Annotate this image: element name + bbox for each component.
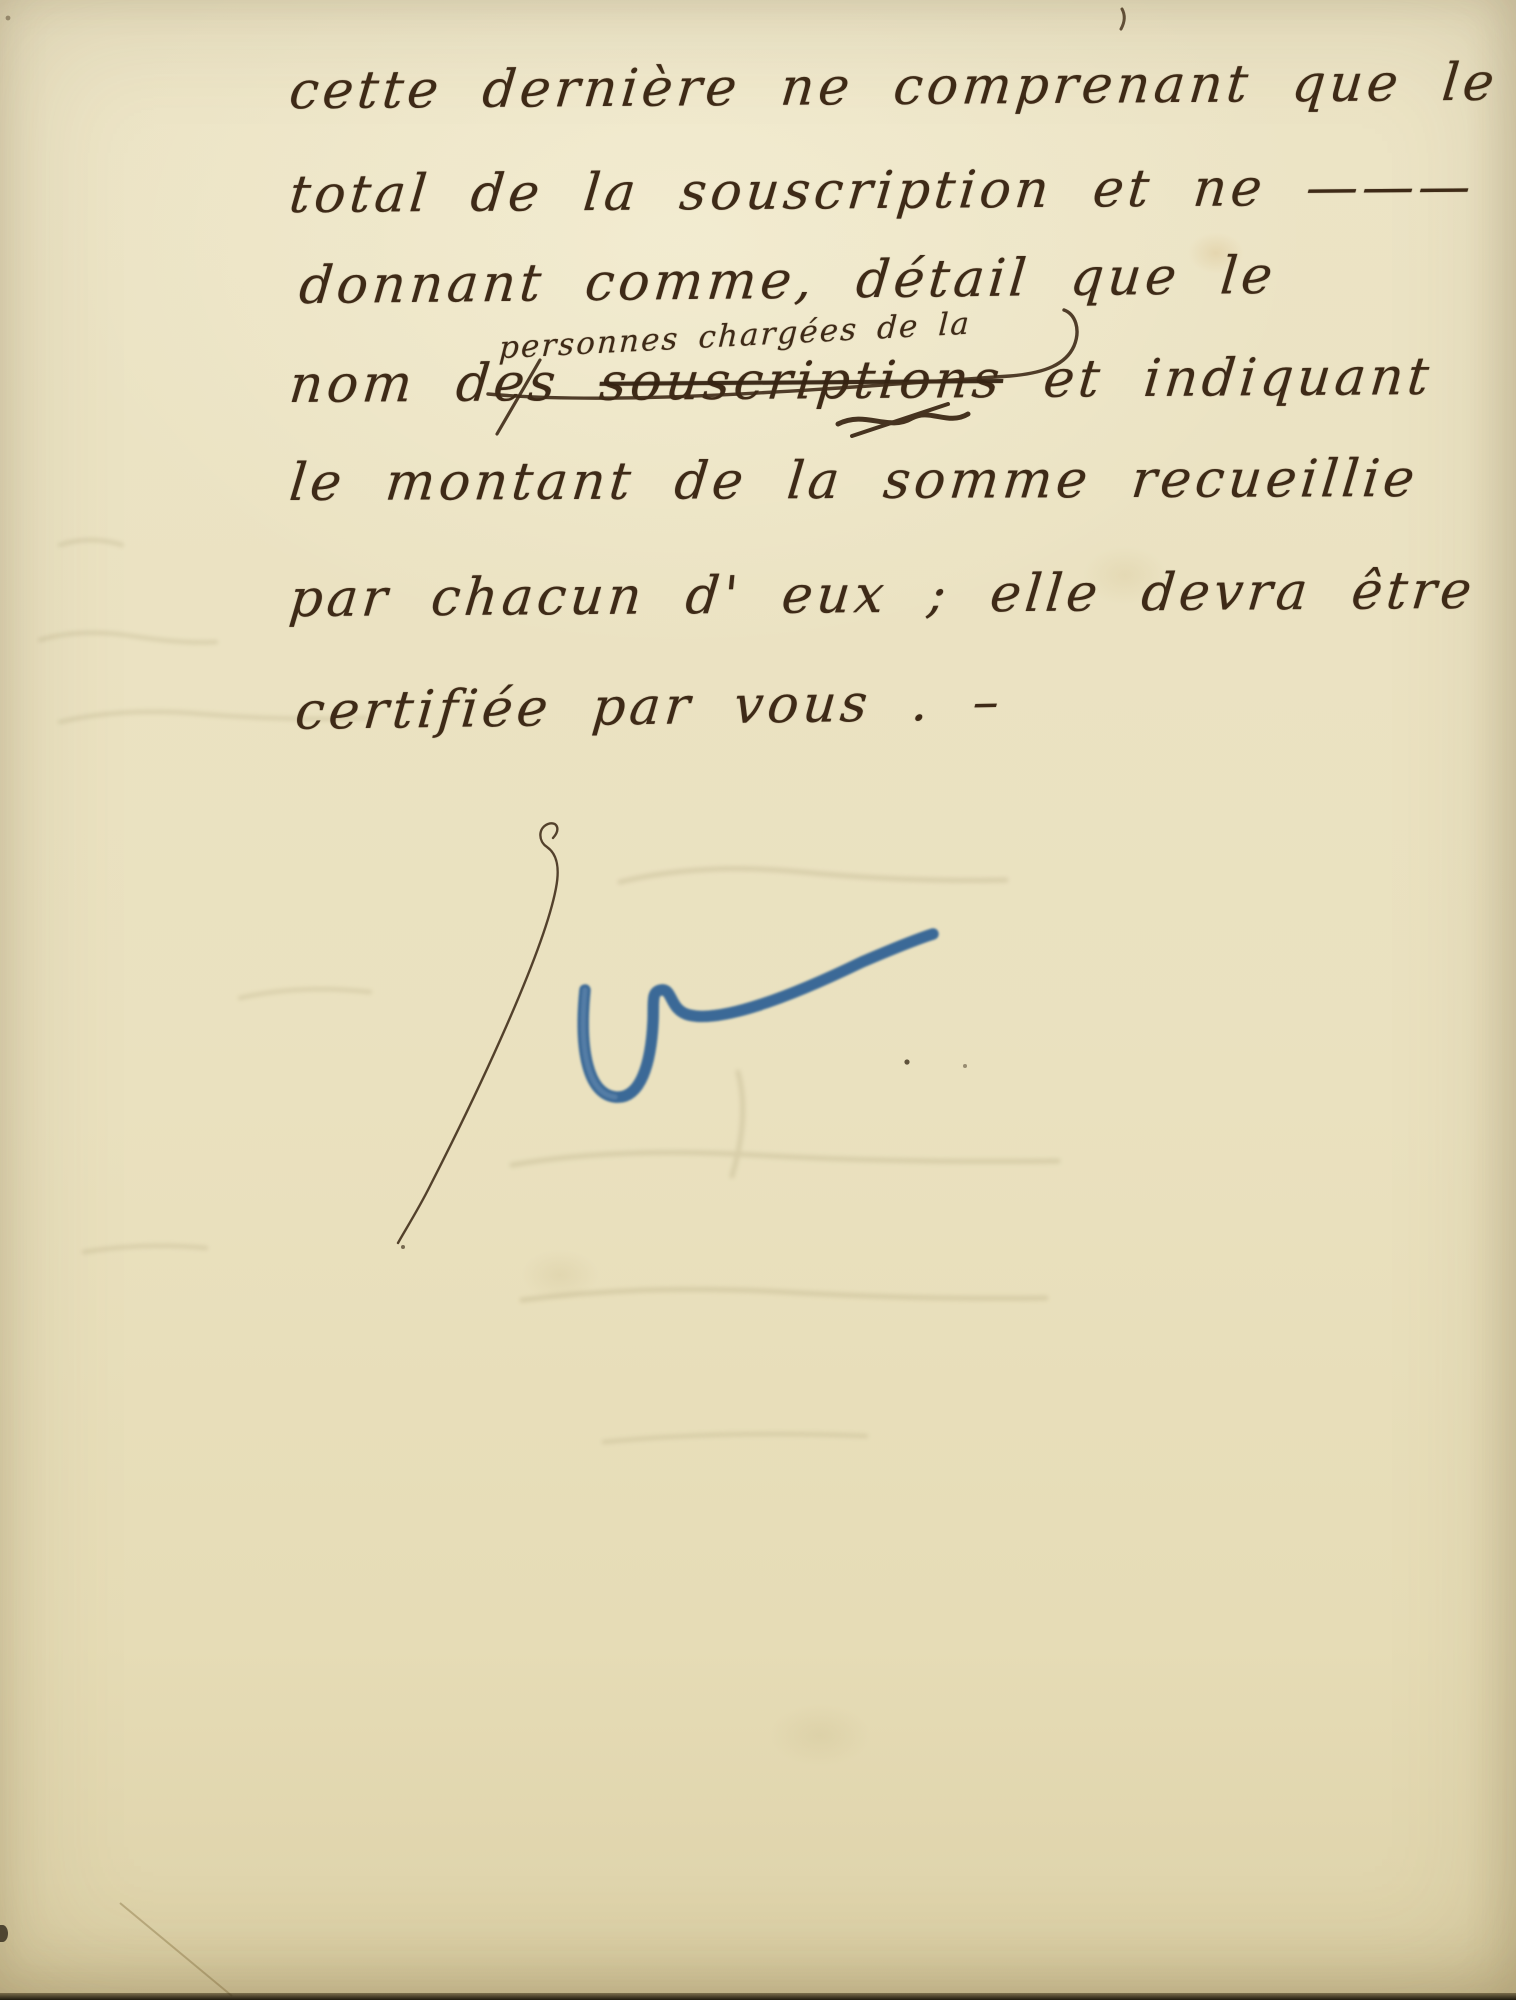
manuscript-page: cette dernière ne comprenant que le tota… bbox=[0, 0, 1516, 2000]
line-text: le montant de la somme recueillie bbox=[287, 449, 1421, 513]
handwritten-line-4: nom des souscriptions et indiquant bbox=[287, 348, 1436, 416]
line-text: donnant comme, détail que le bbox=[297, 246, 1279, 316]
handwritten-line-2: total de la souscription et ne ——— bbox=[287, 158, 1478, 226]
scan-edge-shadow bbox=[0, 1993, 1516, 2000]
line-text: cette dernière ne comprenant que le bbox=[287, 53, 1501, 121]
handwritten-line-3: donnant comme, détail que le bbox=[297, 247, 1279, 317]
struck-word: souscriptions bbox=[597, 350, 1006, 413]
scan-edge-speck bbox=[0, 1925, 8, 1942]
handwritten-line-7: certifiée par vous . – bbox=[293, 673, 1006, 743]
pen-flourish bbox=[398, 823, 558, 1243]
line-text: certifiée par vous . – bbox=[293, 672, 1006, 742]
line-text: par chacun d' eux ; elle devra être bbox=[287, 561, 1478, 629]
handwritten-line-1: cette dernière ne comprenant que le bbox=[287, 54, 1501, 122]
stray-apostrophe-tick bbox=[1121, 9, 1124, 29]
handwritten-line-6: par chacun d' eux ; elle devra être bbox=[287, 562, 1478, 630]
line-text: et indiquant bbox=[1000, 347, 1435, 410]
paper-scratch bbox=[120, 1903, 232, 1996]
line-text: total de la souscription et ne ——— bbox=[287, 157, 1478, 225]
handwritten-line-5: le montant de la somme recueillie bbox=[287, 450, 1421, 514]
